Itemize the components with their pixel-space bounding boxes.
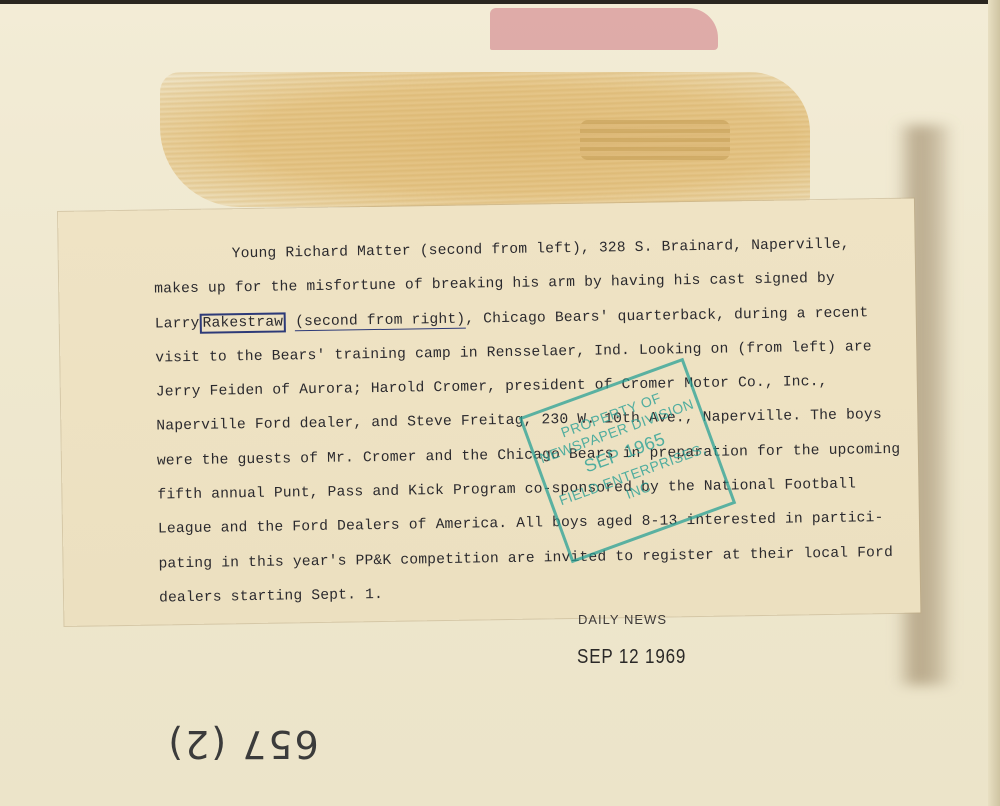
photo-top-edge [0, 0, 1000, 4]
caption-line-rest: , Chicago Bears' quarterback, during a r… [465, 305, 868, 327]
boxed-name-rakestraw: Rakestraw [199, 312, 286, 333]
caption-clipping: Young Richard Matter (second from left),… [58, 199, 920, 626]
glue-stain-dark-streak [580, 120, 730, 160]
underlined-position: (second from right) [295, 311, 465, 331]
archive-stamp-date: SEP 12 1969 [577, 646, 686, 669]
archive-stamp-label: DAILY NEWS [578, 612, 667, 627]
handwritten-note: 657 (2) [160, 722, 325, 766]
pink-tape-residue [490, 8, 718, 50]
name-first: Larry [155, 315, 200, 332]
photo-right-edge [988, 0, 1000, 806]
caption-text: Young Richard Matter (second from left),… [153, 227, 879, 616]
